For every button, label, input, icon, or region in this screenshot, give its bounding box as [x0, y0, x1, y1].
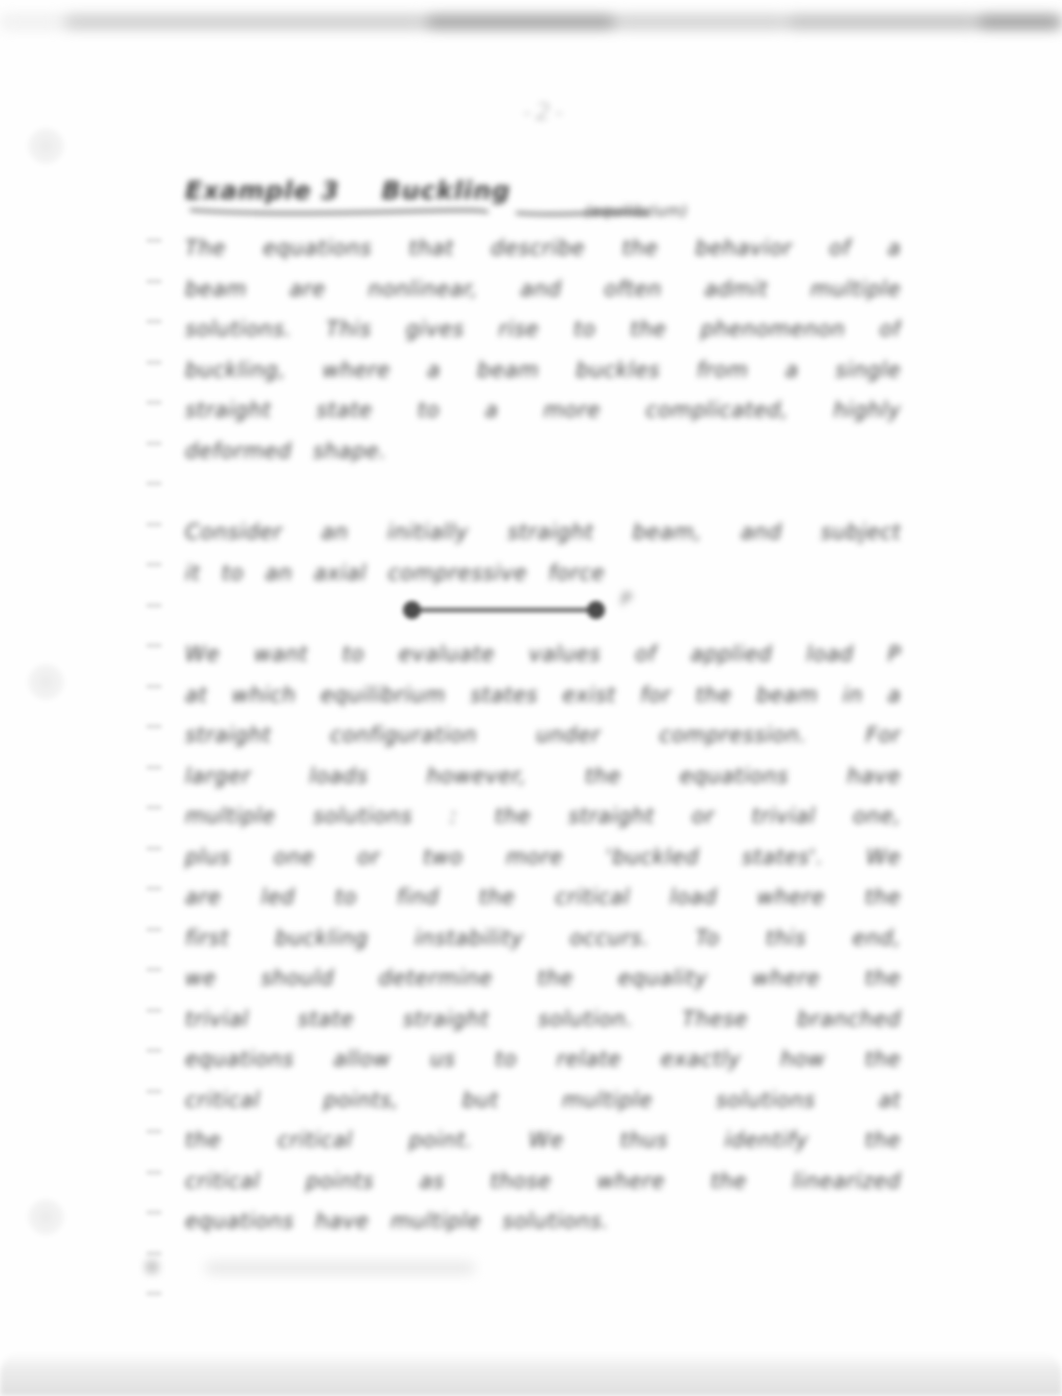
- hole-punch-icon: [26, 662, 66, 702]
- ruled-line-tick: [146, 805, 162, 810]
- ruled-line-tick: [146, 886, 162, 891]
- ruled-line-tick: [146, 400, 162, 405]
- load-label: P: [621, 590, 631, 610]
- scan-streak-segment: [977, 16, 1062, 28]
- ruled-line-tick: [146, 765, 162, 770]
- paragraph: We want to evaluate values of applied lo…: [185, 642, 901, 1250]
- ruled-line-tick: [146, 481, 162, 486]
- section-title-number: Example 3: [185, 176, 340, 205]
- scan-band-bottom: [0, 1352, 1062, 1396]
- page-number: -2-: [500, 98, 590, 126]
- ruled-line-tick: [146, 522, 162, 527]
- scan-streak-top: [0, 12, 1062, 32]
- handwritten-line: first buckling instability occurs. To th…: [185, 926, 901, 967]
- ruled-line-tick: [146, 967, 162, 972]
- ruled-line-tick: [146, 360, 162, 365]
- ruled-line-tick: [146, 279, 162, 284]
- handwritten-line: solutions. This gives rise to the phenom…: [185, 317, 901, 358]
- ghost-bleedthrough-mark: [145, 1260, 159, 1274]
- pin-support-icon: [403, 601, 421, 619]
- ruled-line-tick: [146, 1089, 162, 1094]
- scan-streak-segment: [64, 16, 425, 28]
- ruled-line-tick: [146, 1210, 162, 1215]
- ruled-line-tick: [146, 1048, 162, 1053]
- handwritten-line: are led to find the critical load where …: [185, 885, 901, 926]
- scan-streak-segment: [616, 16, 786, 28]
- handwritten-line: we should determine the equality where t…: [185, 966, 901, 1007]
- handwritten-line: straight state to a more complicated, hi…: [185, 398, 901, 439]
- handwritten-line: We want to evaluate values of applied lo…: [185, 642, 901, 683]
- hole-punch-icon: [26, 1197, 66, 1237]
- ruled-line-tick: [146, 1251, 162, 1256]
- handwritten-line: trivial state straight solution. These b…: [185, 1007, 901, 1048]
- handwritten-line: plus one or two more 'buckled states'. W…: [185, 845, 901, 886]
- ghost-bleedthrough-line: [205, 1262, 475, 1274]
- ruled-line-tick: [146, 927, 162, 932]
- section-title: Example 3 Buckling: [185, 176, 901, 205]
- paragraph: Consider an initially straight beam, and…: [185, 520, 901, 601]
- handwritten-line: larger loads however, the equations have: [185, 764, 901, 805]
- handwritten-line: it to an axial compressive force: [185, 561, 901, 602]
- scan-streak-segment: [786, 16, 977, 28]
- handwritten-line: equations allow us to relate exactly how…: [185, 1047, 901, 1088]
- ruled-line-tick: [146, 1291, 162, 1296]
- handwritten-line: beam are nonlinear, and often admit mult…: [185, 277, 901, 318]
- ruled-line-tick: [146, 724, 162, 729]
- ruled-line-tick: [146, 319, 162, 324]
- ruled-line-tick: [146, 846, 162, 851]
- paragraph: The equations that describe the behavior…: [185, 236, 901, 479]
- strut-bar-icon: [411, 608, 603, 612]
- ruled-line-tick: [146, 562, 162, 567]
- hole-punch-icon: [26, 126, 66, 166]
- ruled-line-tick: [146, 684, 162, 689]
- handwritten-line: critical points, but multiple solutions …: [185, 1088, 901, 1129]
- inserted-word-annotation: (equilibrium): [585, 202, 688, 220]
- handwritten-line: critical points as those where the linea…: [185, 1169, 901, 1210]
- handwritten-line: buckling, where a beam buckles from a si…: [185, 358, 901, 399]
- ruled-line-tick: [146, 603, 162, 608]
- handwritten-line: deformed shape.: [185, 439, 901, 480]
- handwritten-line: equations have multiple solutions.: [185, 1209, 901, 1250]
- handwritten-line: the critical point. We thus identify the: [185, 1128, 901, 1169]
- ruled-line-tick: [146, 1129, 162, 1134]
- handwritten-line: multiple solutions : the straight or tri…: [185, 804, 901, 845]
- ruled-line-tick: [146, 238, 162, 243]
- ruled-line-tick: [146, 1008, 162, 1013]
- handwritten-line: straight configuration under compression…: [185, 723, 901, 764]
- pin-support-icon: [587, 601, 605, 619]
- strut-diagram: P: [403, 596, 643, 626]
- scan-streak-segment: [425, 16, 616, 28]
- handwritten-content: Example 3 Buckling (equilibrium) The equ…: [185, 176, 901, 224]
- ruled-line-tick: [146, 643, 162, 648]
- scanned-note-page: -2- Example 3 Buckling (equilibrium) The…: [0, 0, 1062, 1396]
- scan-streak-segment: [0, 16, 64, 28]
- section-title-topic: Buckling: [382, 176, 511, 205]
- handwritten-line: Consider an initially straight beam, and…: [185, 520, 901, 561]
- ruled-line-tick: [146, 441, 162, 446]
- handwritten-line: at which equilibrium states exist for th…: [185, 683, 901, 724]
- ruled-line-tick: [146, 1170, 162, 1175]
- handwritten-line: The equations that describe the behavior…: [185, 236, 901, 277]
